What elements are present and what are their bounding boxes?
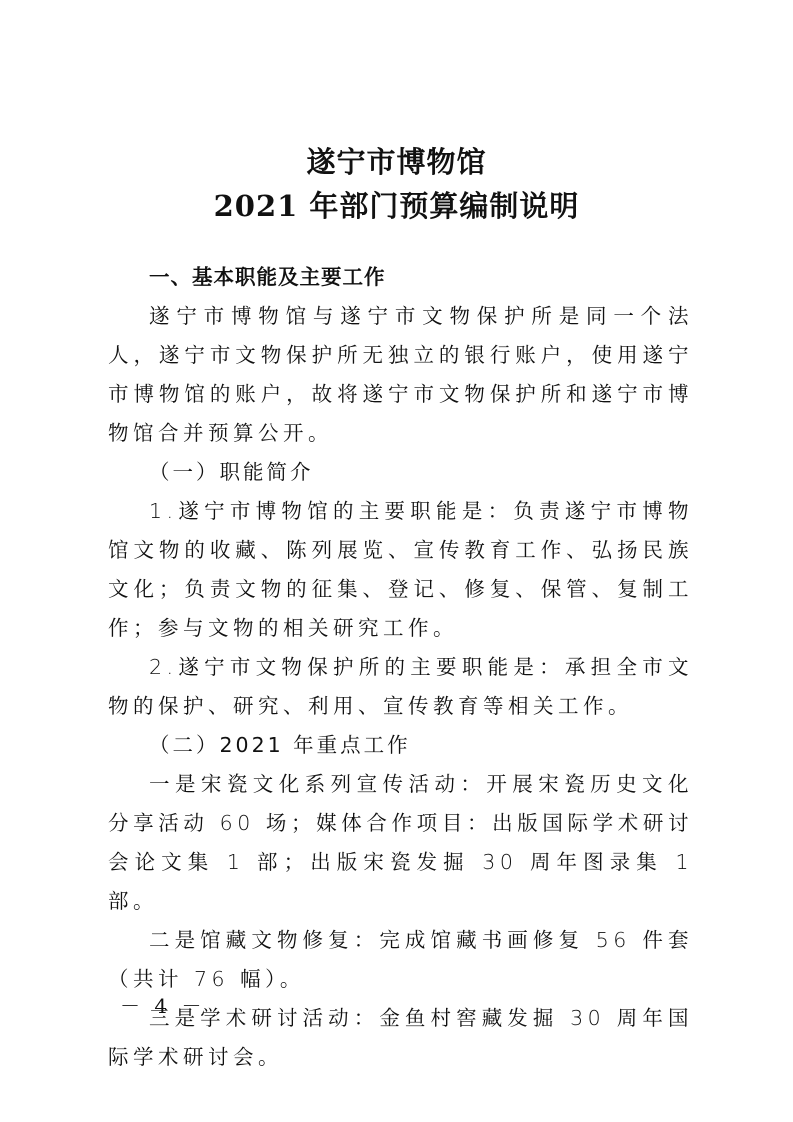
intro-paragraph: 遂宁市博物馆与遂宁市文物保护所是同一个法人，遂宁市文物保护所无独立的银行账户，使…	[108, 297, 693, 453]
document-body: 一、基本职能及主要工作 遂宁市博物馆与遂宁市文物保护所是同一个法人，遂宁市文物保…	[108, 258, 693, 1077]
function-item-museum: 1.遂宁市博物馆的主要职能是：负责遂宁市博物馆文物的收藏、陈列展览、宣传教育工作…	[108, 492, 693, 648]
key-work-item-2: 二是馆藏文物修复：完成馆藏书画修复 56 件套（共计 76 幅）。	[108, 921, 693, 999]
subsection-heading-key-work: （二）2021 年重点工作	[108, 726, 693, 765]
title-org-name: 遂宁市博物馆	[0, 140, 793, 184]
document-title: 遂宁市博物馆 2021 年部门预算编制说明	[0, 140, 793, 228]
title-subject: 2021 年部门预算编制说明	[0, 184, 793, 228]
section-heading-basic-functions: 一、基本职能及主要工作	[108, 258, 693, 297]
function-item-protection-office: 2.遂宁市文物保护所的主要职能是：承担全市文物的保护、研究、利用、宣传教育等相关…	[108, 648, 693, 726]
page-number: － 4 －	[120, 990, 205, 1019]
key-work-item-1: 一是宋瓷文化系列宣传活动：开展宋瓷历史文化分享活动 60 场；媒体合作项目：出版…	[108, 765, 693, 921]
subsection-heading-functions: （一）职能简介	[108, 453, 693, 492]
document-page: 遂宁市博物馆 2021 年部门预算编制说明 一、基本职能及主要工作 遂宁市博物馆…	[0, 0, 793, 1122]
